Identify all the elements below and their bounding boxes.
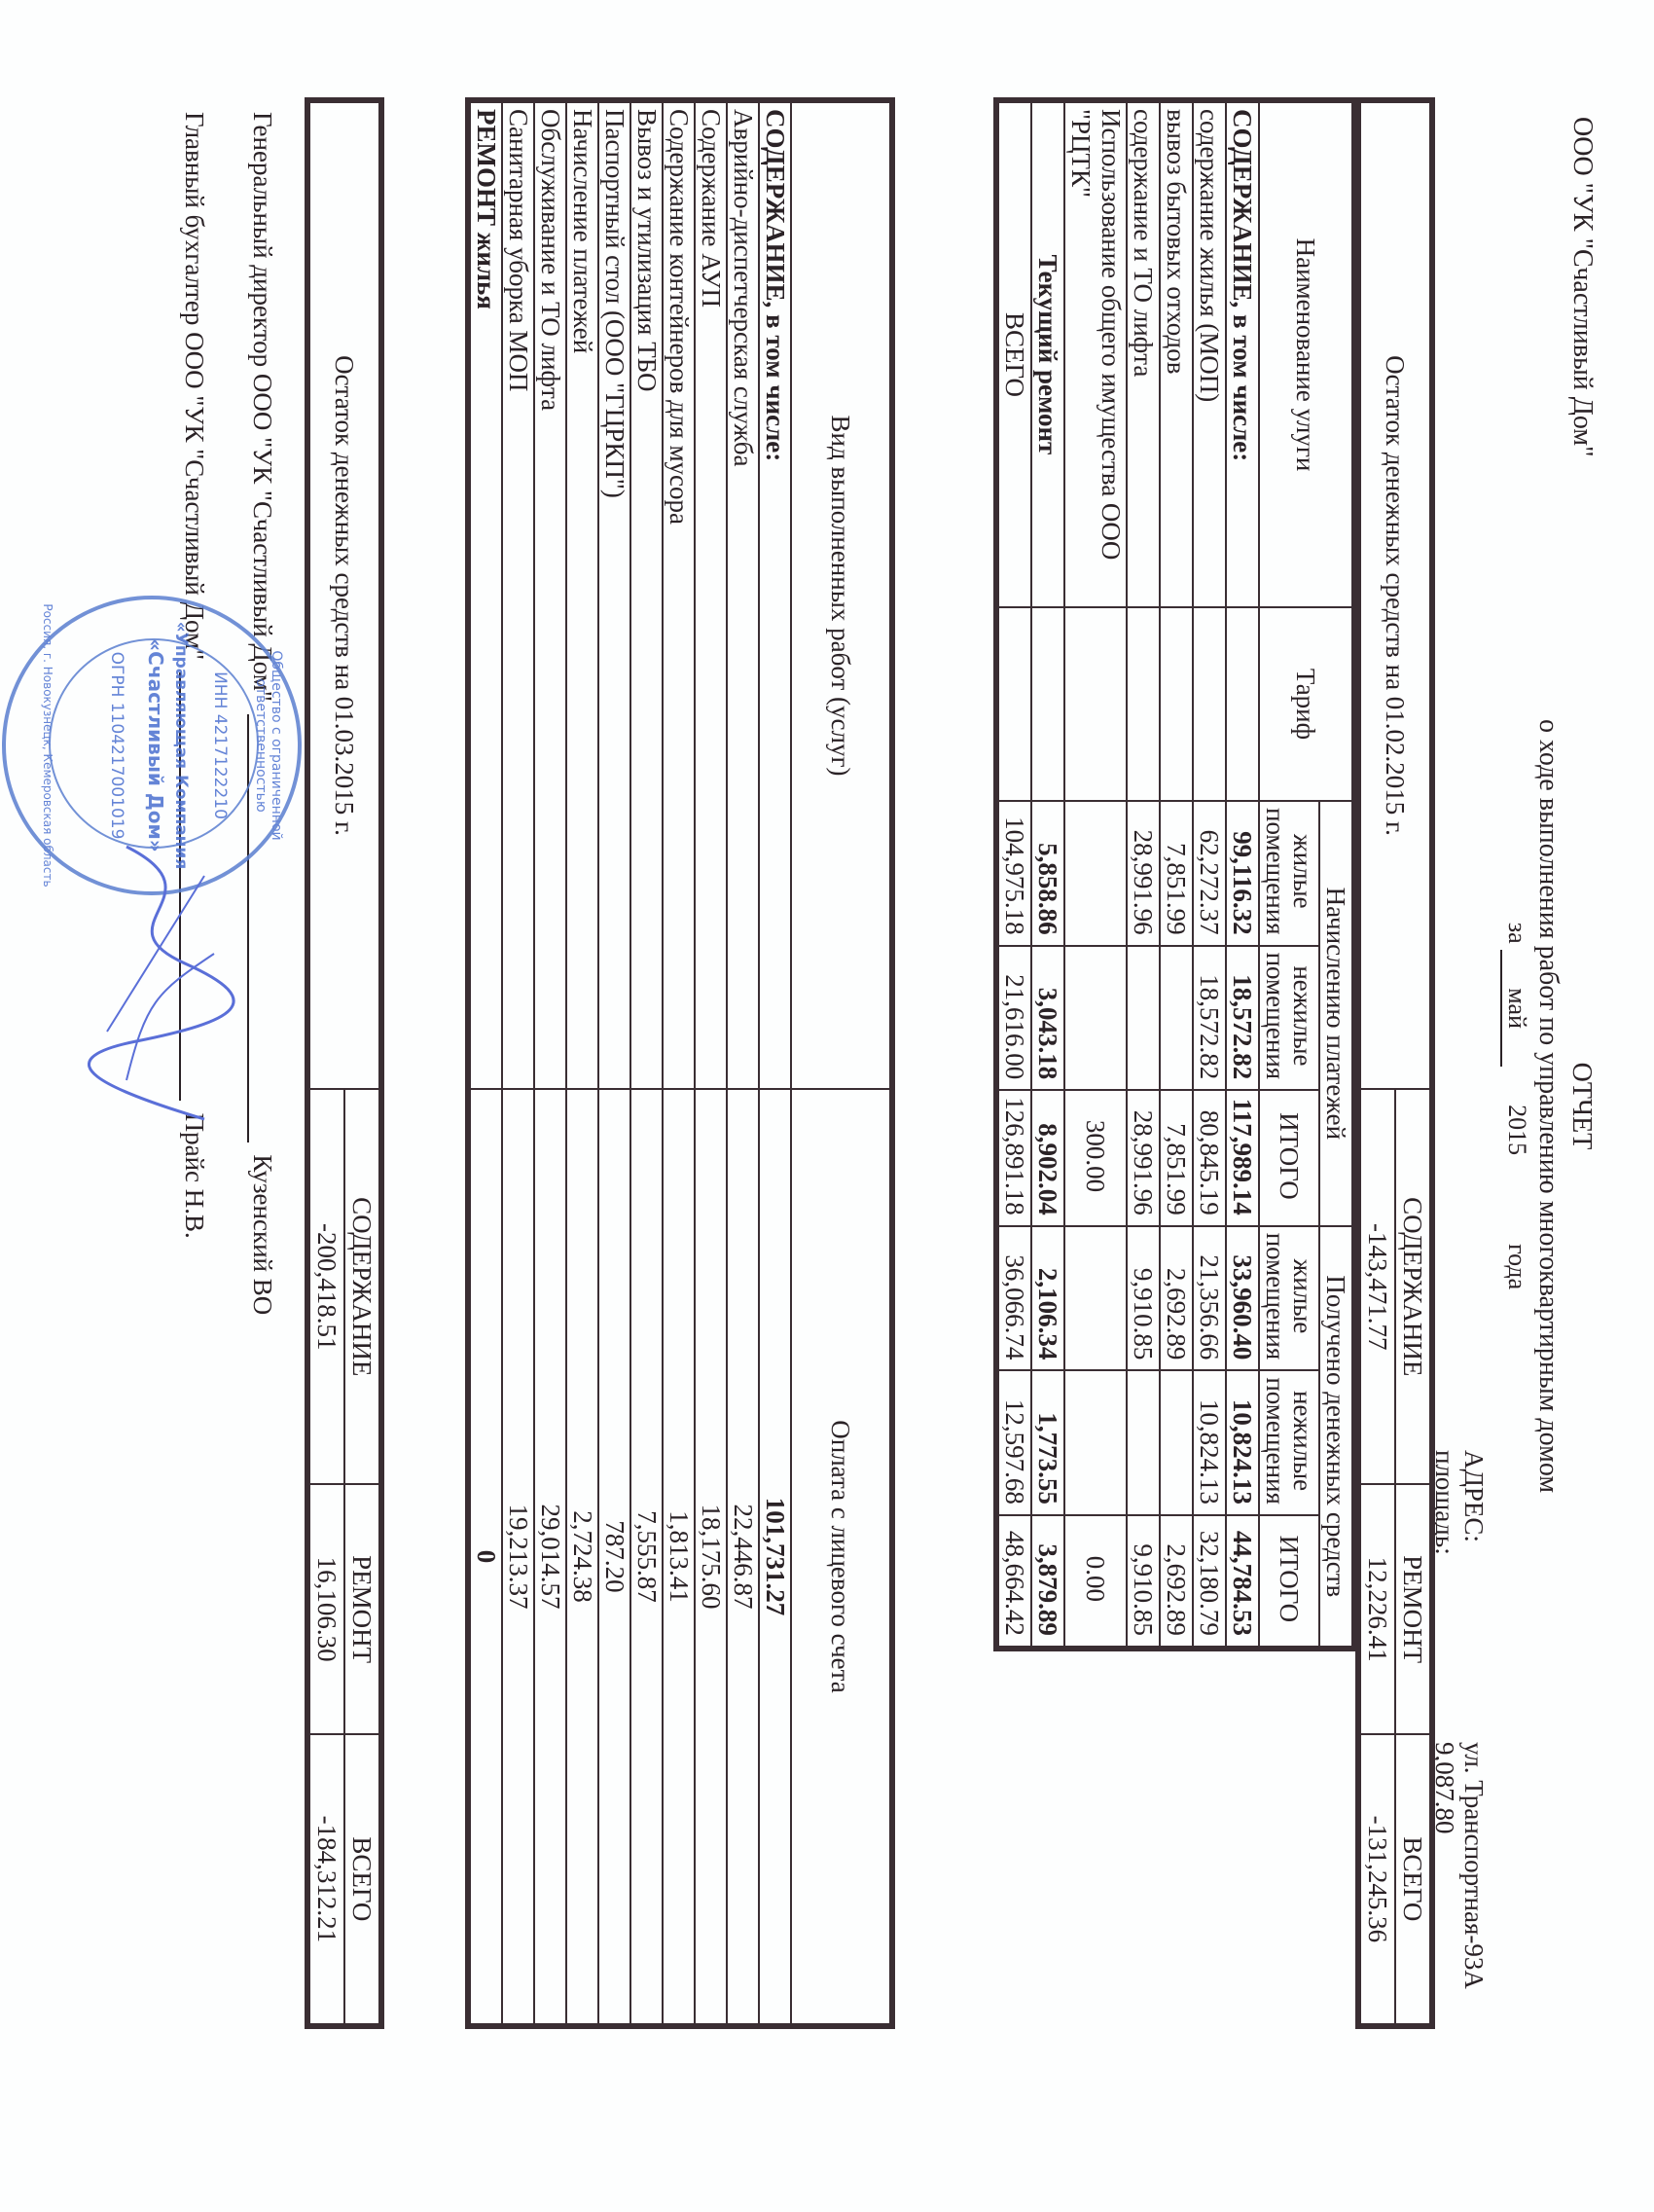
closing-col-maintenance: СОДЕРЖАНИЕ <box>344 1089 381 1484</box>
closing-balance-label: Остаток денежных средств на 01.03.2015 г… <box>307 100 381 1089</box>
address-value: ул. Транспортная-93А <box>1459 1742 1489 1989</box>
handwritten-signature-icon <box>88 837 243 1129</box>
period-prefix: за <box>1503 923 1531 944</box>
service-name: ВСЕГО <box>996 100 1031 607</box>
col-work-type: Вид выполненных работ (услуг) <box>791 100 892 1089</box>
cell-acc-res <box>1064 801 1127 946</box>
cell-acc-total: 28,991.96 <box>1127 1090 1160 1226</box>
report-title: ОТЧЕТ о ходе выполнения работ по управле… <box>1531 0 1598 2212</box>
group-received: Получено денежных средств <box>1319 1226 1354 1649</box>
cell-rec-total: 32,180.79 <box>1193 1515 1226 1649</box>
table-row: Содержание АУП18,175.60 <box>695 100 727 2026</box>
cell-rec-total: 2,692.89 <box>1160 1515 1193 1649</box>
opening-val-total: -131,245.36 <box>1358 1734 1395 2026</box>
acc-total-header: ИТОГО <box>1259 1090 1319 1226</box>
table-row: Обслуживание и ТО лифта29,014.57 <box>534 100 566 2026</box>
work-payment: 7,555.87 <box>630 1089 663 2026</box>
director-name: Кузенский ВО <box>248 1154 277 1315</box>
cell-rec-total: 48,664.42 <box>996 1515 1031 1649</box>
service-tariff <box>1160 607 1193 801</box>
table-row: Текущий ремонт5,858.863,043.188,902.042,… <box>1031 100 1064 1649</box>
period-month: май <box>1500 950 1531 1067</box>
work-name: РЕМОНТ жилья <box>468 100 502 1089</box>
service-tariff <box>1064 607 1127 801</box>
cell-acc-res: 5,858.86 <box>1031 801 1064 946</box>
report-subtitle: о ходе выполнения работ по управлению мн… <box>1531 0 1564 2212</box>
address-block: АДРЕС: ул. Транспортная-93А площадь: 9,0… <box>1430 1450 1489 1555</box>
cell-acc-total: 80,845.19 <box>1193 1090 1226 1226</box>
cell-rec-res: 9,910.85 <box>1127 1226 1160 1371</box>
table-row: СОДЕРЖАНИЕ, в том числе:99,116.3218,572.… <box>1226 100 1259 1649</box>
service-name: СОДЕРЖАНИЕ, в том числе: <box>1226 100 1259 607</box>
accountant-name: Прайс Н.В. <box>180 1113 209 1239</box>
cell-rec-total: 3,879.89 <box>1031 1515 1064 1649</box>
opening-val-maintenance: -143,471.77 <box>1358 1089 1395 1484</box>
cell-rec-nonres <box>1160 1370 1193 1515</box>
cell-acc-res: 28,991.96 <box>1127 801 1160 946</box>
service-name: содержание и ТО лифта <box>1127 100 1160 607</box>
work-name: Начисление платежей <box>566 100 598 1089</box>
address-label: АДРЕС: <box>1459 1450 1489 1542</box>
table-row: Содержание контейнеров для мусора1,813.4… <box>663 100 695 2026</box>
closing-val-repair: 16,106.30 <box>307 1484 344 1733</box>
table-row: Паспортный стол (ООО "ГЦРКП")787.20 <box>598 100 630 2026</box>
cell-rec-nonres: 10,824.13 <box>1226 1370 1259 1515</box>
works-table-body: СОДЕРЖАНИЕ, в том числе:101,731.27Аврийн… <box>468 100 791 2026</box>
work-name: Содержание контейнеров для мусора <box>663 100 695 1089</box>
acc-nonresidential-header: нежилые помещения <box>1259 946 1319 1091</box>
table-row: Начисление платежей2,724.38 <box>566 100 598 2026</box>
document-page: ООО "УК "Счастливый Дом" ОТЧЕТ о ходе вы… <box>0 0 1654 2212</box>
cell-acc-nonres <box>1064 946 1127 1091</box>
work-payment: 18,175.60 <box>695 1089 727 2026</box>
closing-col-total: ВСЕГО <box>344 1734 381 2026</box>
services-table-body: СОДЕРЖАНИЕ, в том числе:99,116.3218,572.… <box>996 100 1259 1649</box>
rec-nonresidential-header: нежилые помещения <box>1259 1370 1319 1515</box>
rec-total-header: ИТОГО <box>1259 1515 1319 1649</box>
closing-col-repair: РЕМОНТ <box>344 1484 381 1733</box>
closing-balance-table: Остаток денежных средств на 01.03.2015 г… <box>305 97 384 2029</box>
work-payment: 0 <box>468 1089 502 2026</box>
col-tariff: Тариф <box>1259 607 1354 801</box>
group-accrued: Начислению платежей <box>1319 801 1354 1226</box>
cell-acc-nonres: 3,043.18 <box>1031 946 1064 1091</box>
cell-rec-res: 21,356.66 <box>1193 1226 1226 1371</box>
cell-acc-res: 99,116.32 <box>1226 801 1259 946</box>
table-row: РЕМОНТ жилья0 <box>468 100 502 2026</box>
cell-acc-total: 117,989.14 <box>1226 1090 1259 1226</box>
report-period: за май 2015 года <box>1500 0 1531 2212</box>
period-year: 2015 <box>1503 1105 1531 1155</box>
acc-residential-header: жилые помещения <box>1259 801 1319 946</box>
cell-acc-total: 7,851.99 <box>1160 1090 1193 1226</box>
work-name: СОДЕРЖАНИЕ, в том числе: <box>759 100 791 1089</box>
cell-rec-total: 0.00 <box>1064 1515 1127 1649</box>
cell-rec-res: 33,960.40 <box>1226 1226 1259 1371</box>
work-name: Обслуживание и ТО лифта <box>534 100 566 1089</box>
service-tariff <box>996 607 1031 801</box>
cell-acc-res: 62,272.37 <box>1193 801 1226 946</box>
opening-balance-table: Остаток денежных средств на 01.02.2015 г… <box>1355 97 1435 2029</box>
cell-acc-nonres <box>1160 946 1193 1091</box>
report-title-main: ОТЧЕТ <box>1564 0 1598 2212</box>
table-row: вывоз бытовых отходов7,851.997,851.992,6… <box>1160 100 1193 1649</box>
cell-rec-nonres <box>1064 1370 1127 1515</box>
work-name: Паспортный стол (ООО "ГЦРКП") <box>598 100 630 1089</box>
stamp-location: Россия, г. Новокузнецк, Кемеровская обла… <box>41 599 54 891</box>
service-tariff <box>1226 607 1259 801</box>
opening-balance-label: Остаток денежных средств на 01.02.2015 г… <box>1358 100 1432 1089</box>
cell-acc-res: 104,975.18 <box>996 801 1031 946</box>
opening-col-repair: РЕМОНТ <box>1395 1484 1432 1733</box>
work-payment: 1,813.41 <box>663 1089 695 2026</box>
work-payment: 19,213.37 <box>502 1089 534 2026</box>
cell-rec-nonres <box>1127 1370 1160 1515</box>
works-table: Вид выполненных работ (услуг) Оплата с л… <box>465 97 895 2029</box>
table-row: ВСЕГО104,975.1821,616.00126,891.1836,066… <box>996 100 1031 1649</box>
period-suffix: года <box>1503 1244 1531 1289</box>
work-payment: 29,014.57 <box>534 1089 566 2026</box>
cell-rec-res <box>1064 1226 1127 1371</box>
closing-val-maintenance: -200,418.51 <box>307 1089 344 1484</box>
cell-rec-res: 36,066.74 <box>996 1226 1031 1371</box>
table-row: Вывоз и утилизация ТБО7,555.87 <box>630 100 663 2026</box>
closing-val-total: -184,312.21 <box>307 1734 344 2026</box>
service-name: вывоз бытовых отходов <box>1160 100 1193 607</box>
service-tariff <box>1031 607 1064 801</box>
accountant-title: Главный бухгалтер ООО "УК "Счастливый До… <box>180 112 209 660</box>
cell-acc-nonres: 18,572.82 <box>1226 946 1259 1091</box>
work-payment: 101,731.27 <box>759 1089 791 2026</box>
cell-rec-nonres: 12,597.68 <box>996 1370 1031 1515</box>
cell-acc-nonres: 21,616.00 <box>996 946 1031 1091</box>
opening-col-maintenance: СОДЕРЖАНИЕ <box>1395 1089 1432 1484</box>
col-payment: Оплата с лицевого счета <box>791 1089 892 2026</box>
cell-rec-res: 2,692.89 <box>1160 1226 1193 1371</box>
cell-acc-nonres <box>1127 946 1160 1091</box>
cell-rec-total: 9,910.85 <box>1127 1515 1160 1649</box>
work-name: Аврийно-диспетчерская служба <box>727 100 759 1089</box>
table-row: Санитарная уборка МОП19,213.37 <box>502 100 534 2026</box>
work-name: Содержание АУП <box>695 100 727 1089</box>
cell-rec-nonres: 1,773.55 <box>1031 1370 1064 1515</box>
table-row: Аврийно-диспетчерская служба22,446.87 <box>727 100 759 2026</box>
cell-rec-res: 2,106.34 <box>1031 1226 1064 1371</box>
table-row: содержание и ТО лифта28,991.9628,991.969… <box>1127 100 1160 1649</box>
cell-acc-nonres: 18,572.82 <box>1193 946 1226 1091</box>
service-name: Текущий ремонт <box>1031 100 1064 607</box>
cell-rec-nonres: 10,824.13 <box>1193 1370 1226 1515</box>
service-tariff <box>1193 607 1226 801</box>
service-tariff <box>1127 607 1160 801</box>
work-payment: 22,446.87 <box>727 1089 759 2026</box>
table-row: содержание жилья (МОП)62,272.3718,572.82… <box>1193 100 1226 1649</box>
work-name: Вывоз и утилизация ТБО <box>630 100 663 1089</box>
table-row: Использование общего имущества ООО "РЦТК… <box>1064 100 1127 1649</box>
table-row: СОДЕРЖАНИЕ, в том числе:101,731.27 <box>759 100 791 2026</box>
work-name: Санитарная уборка МОП <box>502 100 534 1089</box>
services-table: Наименование улуги Тариф Начислению плат… <box>993 97 1357 1651</box>
work-payment: 2,724.38 <box>566 1089 598 2026</box>
service-name: содержание жилья (МОП) <box>1193 100 1226 607</box>
work-payment: 787.20 <box>598 1089 630 2026</box>
cell-rec-total: 44,784.53 <box>1226 1515 1259 1649</box>
service-name: Использование общего имущества ООО "РЦТК… <box>1064 100 1127 607</box>
opening-col-total: ВСЕГО <box>1395 1734 1432 2026</box>
rec-residential-header: жилые помещения <box>1259 1226 1319 1371</box>
cell-acc-total: 8,902.04 <box>1031 1090 1064 1226</box>
cell-acc-res: 7,851.99 <box>1160 801 1193 946</box>
cell-acc-total: 126,891.18 <box>996 1090 1031 1226</box>
col-service-name: Наименование улуги <box>1259 100 1354 607</box>
opening-val-repair: 12,226.41 <box>1358 1484 1395 1733</box>
stamp-outer-text: Общество с ограниченной ответственностью <box>253 599 284 891</box>
cell-acc-total: 300.00 <box>1064 1090 1127 1226</box>
